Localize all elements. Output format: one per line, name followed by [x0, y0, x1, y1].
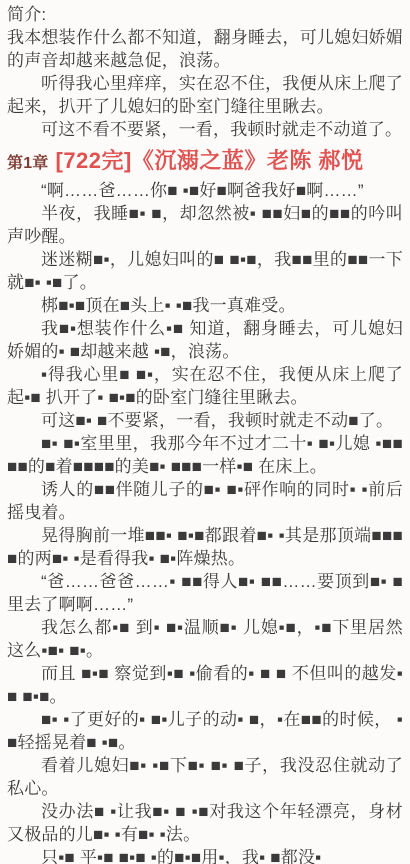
body-paragraph: 我怎么都▪■ 到▪ ■▪温顺■▪ 儿媳▪■，▪■下里居然这么▪■▪ ■▪。	[7, 616, 403, 662]
body-paragraph: ■▪ ▪了更好的▪ ■▪儿子的动▪ ■，▪在■■的时候， ▪■轻摇晃着■ ▪■。	[7, 708, 403, 754]
body-paragraph: 晃得胸前一堆■■▪ ■▪■都跟着■▪ ▪其是那顶端■■■■的两■▪ ▪是看得我▪…	[7, 524, 403, 570]
novel-reader-page[interactable]: 简介: 我本想装作什么都不知道，翻身睡去，可儿媳妇娇媚的声音却越来越急促，浪荡。…	[0, 0, 410, 864]
intro-label: 简介:	[7, 3, 403, 26]
body-paragraph: 没办法■ ▪让我■▪ ■ ▪■对我这个年轻漂亮，身材又极品的儿■▪ ▪有■▪ ▪…	[7, 800, 403, 846]
body-paragraph: 可这■▪ ■不要紧，一看，我顿时就走不动■了。	[7, 409, 403, 432]
body-paragraph: 迷迷糊■▪，儿媳妇叫的■ ■▪■，我■■里的■■一下就■▪ ▪■了。	[7, 248, 403, 294]
chapter-title: [722完]《沉溺之蓝》老陈 郝悦	[56, 149, 364, 172]
body-paragraph: ▪得我心里■ ■▪，实在忍不住，我便从床上爬了起▪■ 扒开了▪ ■▪■的卧室门缝…	[7, 363, 403, 409]
chapter-heading: 第1章 [722完]《沉溺之蓝》老陈 郝悦	[7, 149, 403, 175]
intro-paragraph: 听得我心里痒痒，实在忍不住，我便从床上爬了起来，扒开了儿媳妇的卧室门缝往里瞅去。	[7, 72, 403, 118]
body-paragraph: 梆■▪■顶在■头上▪ ▪■我一真难受。	[7, 294, 403, 317]
body-paragraph: 半夜，我睡■▪ ■，却忽然被▪ ■■妇■的■■的吟叫声吵醒。	[7, 202, 403, 248]
body-paragraph: “啊……爸……你■ ▪■好■啊爸我好■啊……”	[7, 179, 403, 202]
body-paragraph: 看着儿媳妇■▪ ▪■下■▪ ■▪ ■子，我没忍住就动了私心。	[7, 754, 403, 800]
body-paragraph: ■▪ ■▪室里里，我那今年不过才二十▪ ■▪儿媳 ▪■■■■的■着■■■■的美■…	[7, 432, 403, 478]
intro-section: 简介: 我本想装作什么都不知道，翻身睡去，可儿媳妇娇媚的声音却越来越急促，浪荡。…	[7, 3, 403, 141]
intro-paragraph: 可这不看不要紧，一看，我顿时就走不动道了。	[7, 118, 403, 141]
body-paragraph: 我■▪想装作什么▪■ 知道，翻身睡去，可儿媳妇娇媚的▪ ■却越来越 ▪■，浪荡。	[7, 317, 403, 363]
chapter-number: 第1章	[7, 152, 49, 175]
chapter-body: “啊……爸……你■ ▪■好■啊爸我好■啊……” 半夜，我睡■▪ ■，却忽然被▪ …	[7, 179, 403, 864]
body-paragraph: 诱人的■■伴随儿子的■▪ ■▪砰作响的同时▪ ▪前后摇曳着。	[7, 478, 403, 524]
body-paragraph: 而且 ■▪■ 察觉到▪■ ▪偷看的▪ ■ ■ 不但叫的越发▪■ ■▪■。	[7, 662, 403, 708]
body-paragraph: 只▪■ 平▪■ ■▪■ ▪的■▪■用▪，我▪ ■都没▪	[7, 846, 403, 864]
body-paragraph: “爸……爸爸……▪ ■■得人■▪ ■■……要顶到■▪ ■里去了啊啊……”	[7, 570, 403, 616]
intro-paragraph: 我本想装作什么都不知道，翻身睡去，可儿媳妇娇媚的声音却越来越急促，浪荡。	[7, 26, 403, 72]
